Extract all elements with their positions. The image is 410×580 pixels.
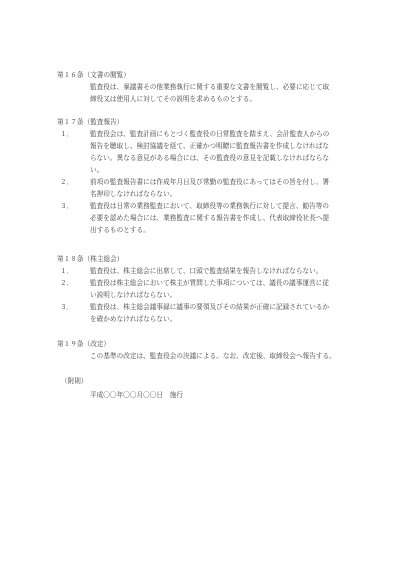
article-17-item-number: ２． bbox=[60, 178, 73, 186]
article-18-item-2-line: 監査役は株主総会において株主が質問した事項については、議長の議事運営に従 bbox=[90, 279, 329, 287]
article-17-heading: 第１７条（監査報告） bbox=[57, 118, 123, 126]
article-17-item-number: １． bbox=[60, 130, 73, 138]
article-17-item-1-line: 監査役会は、監査計画にもとづく監査役の日常監査を踏まえ、会計監査人からの bbox=[90, 130, 329, 138]
article-18-item-3-line: 監査役は、株主総会議事録に議事の要領及びその結果が正確に記録されているか bbox=[90, 303, 329, 311]
article-17-item-1-line: い。 bbox=[90, 166, 103, 174]
article-16-text-line: 監査役は、稟議書その他業務執行に関する重要な文書を閲覧し、必要に応じて取 bbox=[90, 83, 329, 91]
article-18-item-3-line: を確かめなければならない。 bbox=[90, 315, 176, 323]
supplementary-heading: （附則） bbox=[61, 377, 88, 385]
article-16-text-line: 締役又は使用人に対してその説明を求めるものとする。 bbox=[90, 95, 256, 103]
article-16-heading: 第１６条（文書の閲覧） bbox=[57, 71, 130, 79]
article-18-item-2-line: い説明しなければならない。 bbox=[90, 291, 176, 299]
article-17-item-3-line: 監査役は日常の業務監査において、取締役等の業務執行に対して提言、勧告等の bbox=[90, 202, 329, 210]
article-18-item-number: ３． bbox=[60, 303, 73, 311]
article-17-item-number: ３． bbox=[60, 202, 73, 210]
document-page: 第１６条（文書の閲覧） 監査役は、稟議書その他業務執行に関する重要な文書を閲覧し… bbox=[0, 0, 410, 580]
article-19-text-line: この基準の改定は、監査役会の決議による。なお、改定後、取締役会へ報告する。 bbox=[90, 352, 336, 360]
article-17-item-2-line: 名押印しなければならない。 bbox=[90, 190, 176, 198]
supplementary-effective-date: 平成〇〇年〇〇月〇〇日 施行 bbox=[90, 391, 183, 399]
article-17-item-1-line: 報告を聴取し、検討協議を経て、正確かつ明瞭に監査報告書を作成しなければな bbox=[90, 142, 329, 150]
article-17-item-3-line: 必要を認めた場合には、業務監査に関する報告書を作成し、代表取締役社長へ提 bbox=[90, 214, 329, 222]
article-18-item-number: １． bbox=[60, 267, 73, 275]
article-18-heading: 第１８条（株主総会） bbox=[57, 255, 123, 263]
article-17-item-3-line: 出するものとする。 bbox=[90, 226, 150, 234]
article-19-heading: 第１９条（改定） bbox=[57, 340, 110, 348]
article-18-item-1-line: 監査役は、株主総会に出席して、口頭で監査結果を報告しなければならない。 bbox=[90, 267, 322, 275]
article-17-item-2-line: 前項の監査報告書には作成年月日及び常勤の監査役にあってはその旨を付し、署 bbox=[90, 178, 329, 186]
article-18-item-number: ２． bbox=[60, 279, 73, 287]
article-17-item-1-line: らない。異なる意見がある場合には、その監査役の意見を記載しなければならな bbox=[90, 154, 329, 162]
